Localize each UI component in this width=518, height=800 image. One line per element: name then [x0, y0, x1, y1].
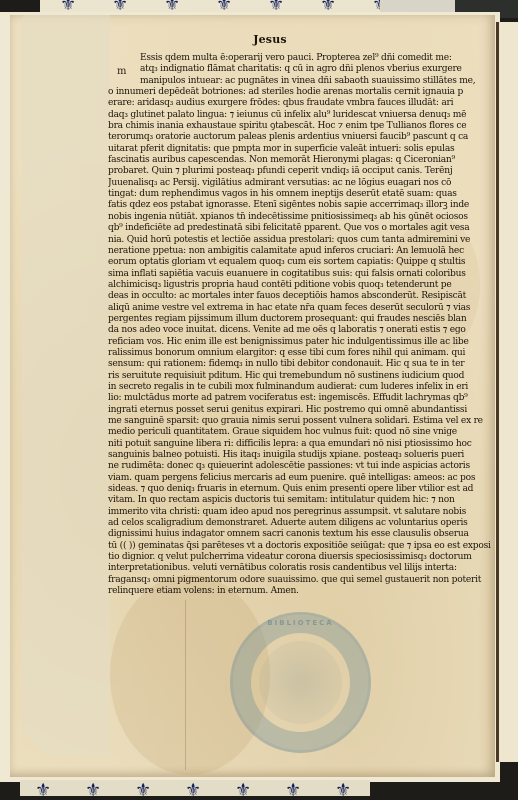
- fleur-de-lis-icon: ⚜: [135, 782, 151, 796]
- text-line: reficiam vos. Hic enim ille est benignis…: [108, 337, 492, 348]
- text-line: eorum optatis gloriam vt equalem quoq₃ c…: [108, 257, 492, 268]
- text-line: manipulos intuear: ac pugnātes in vinea …: [108, 76, 492, 87]
- scan-stage: ⚜⚜⚜⚜⚜⚜⚜ BIBLIOTECA Jesus m Essis qdem mu…: [0, 0, 518, 800]
- text-line: sima inflati sapiētia vacuis euanuere in…: [108, 269, 492, 280]
- text-line: deas in occulto: ac mortales inter fauos…: [108, 291, 492, 302]
- text-line: ris seruitute requisiuit pditum. Hic qui…: [108, 371, 492, 382]
- text-line: tingat: dum rephendimus vagos in his omn…: [108, 189, 492, 200]
- text-line: sensum: qui rationem: fidemq₃ in nullo t…: [108, 359, 492, 370]
- text-line: viam. quam pergens felicius mercaris ad …: [108, 473, 492, 484]
- fleur-de-lis-icon: ⚜: [285, 782, 301, 796]
- text-line: vitam. In quo rectam aspicis ductoris tu…: [108, 495, 492, 506]
- running-head: Jesus: [253, 33, 287, 46]
- text-line: fragansq₃ omni pigmentorum odore suauiss…: [108, 575, 492, 586]
- text-line: nobis ingenia nūtiāt. xpianos tn̄ indecē…: [108, 212, 492, 223]
- text-line: qb⁹ indeficiēte ad predestinatā sibi fel…: [108, 223, 492, 234]
- text-line: terorumq₃ oratorie auctorum paleas pleni…: [108, 132, 492, 143]
- text-line: ad celos scaligradium demonstraret. Adue…: [108, 518, 492, 529]
- fleur-de-lis-icon: ⚜: [85, 782, 101, 796]
- text-line: pergentes regiam pijssimum illum ductore…: [108, 314, 492, 325]
- text-line: niti potuit sanguine libera ri: difficil…: [108, 439, 492, 450]
- text-line: atq₃ indignatio flāmat charitatis: q cū …: [108, 64, 492, 75]
- text-line: immerito vita christi: quam ideo apud no…: [108, 507, 492, 518]
- paper-crease: [185, 600, 186, 770]
- text-line: aliqū anime vestre vel extrema in hac et…: [108, 303, 492, 314]
- text-line: nia. Quid horū potestis et lectiōe assid…: [108, 235, 492, 246]
- text-line: daq₃ glutinet palato lingua: ⁊ ieiunus c…: [108, 110, 492, 121]
- text-line: erare: aridasq₃ audius exurgere frōdes: …: [108, 98, 492, 109]
- text-line: o innumeri depēdeāt botriones: ad steril…: [108, 87, 492, 98]
- text-line: fascinatis auribus capescendas. Non memo…: [108, 155, 492, 166]
- text-line: lio: mulctādus morte ad patrem vociferat…: [108, 393, 492, 404]
- text-line: relinquere etiam volens: in eternum. Ame…: [108, 586, 492, 597]
- text-line: bra chimis inania exhaustaue spiritu ꝯta…: [108, 121, 492, 132]
- library-stamp: BIBLIOTECA: [230, 612, 371, 753]
- text-line: Essis qdem multa ē:operarij vero pauci. …: [108, 53, 492, 64]
- text-line: dignissimi huius indagator omnem sacri c…: [108, 529, 492, 540]
- text-line: interpretationibus. veluti vernātibus co…: [108, 563, 492, 574]
- fleur-de-lis-icon: ⚜: [335, 782, 351, 796]
- crown-emblem: [259, 641, 342, 724]
- stamp-legend: BIBLIOTECA: [233, 619, 368, 627]
- text-line: me sanguinē sparsit: quo grauia nimis se…: [108, 416, 492, 427]
- text-line: sanguinis balneo potuisti. His itaq₃ inu…: [108, 450, 492, 461]
- text-line: medio periculi quantitatem. Graue siquid…: [108, 427, 492, 438]
- text-line: alchimicisq₃ ligustris propria haud cont…: [108, 280, 492, 291]
- fleur-de-lis-icon: ⚜: [185, 782, 201, 796]
- text-line: tio dignior. q velut pulcherrima videatu…: [108, 552, 492, 563]
- text-line: neratione ppetua: non ambigitis calamita…: [108, 246, 492, 257]
- text-line: ingrati eternus posset serui genitus exp…: [108, 405, 492, 416]
- paper-repair: [22, 15, 110, 757]
- endpaper-bottom: ⚜⚜⚜⚜⚜⚜⚜: [20, 780, 370, 796]
- fleur-de-lis-icon: ⚜: [35, 782, 51, 796]
- text-line: da nos adeo voce inuitat. dicens. Venite…: [108, 325, 492, 336]
- text-line: probaret. Quin ⁊ plurimi posteaq₃ pfundi…: [108, 166, 492, 177]
- text-line: ralissimus bonorum omnium elargitor: q e…: [108, 348, 492, 359]
- text-block: Essis qdem multa ē:operarij vero pauci. …: [108, 53, 492, 598]
- fleur-de-lis-icon: ⚜: [235, 782, 251, 796]
- text-line: ne rudimēta: donec q₃ quieuerint adolesc…: [108, 461, 492, 472]
- text-line: in secreto regalis in te cubili mox fulm…: [108, 382, 492, 393]
- text-line: sideas. ⁊ quo deniq₃ fruaris in eternum.…: [108, 484, 492, 495]
- text-line: uitarat pferit dignitatis: que pmpta mor…: [108, 144, 492, 155]
- text-line: Juuenalisq₃ ac Persij. vigilātius admira…: [108, 178, 492, 189]
- next-leaf-edge: [496, 22, 518, 762]
- text-line: fatis qdez eos pstabat ignorasse. Etenī …: [108, 200, 492, 211]
- text-line: tū (( )) geminatas q̄si parēteses vt a d…: [108, 541, 492, 552]
